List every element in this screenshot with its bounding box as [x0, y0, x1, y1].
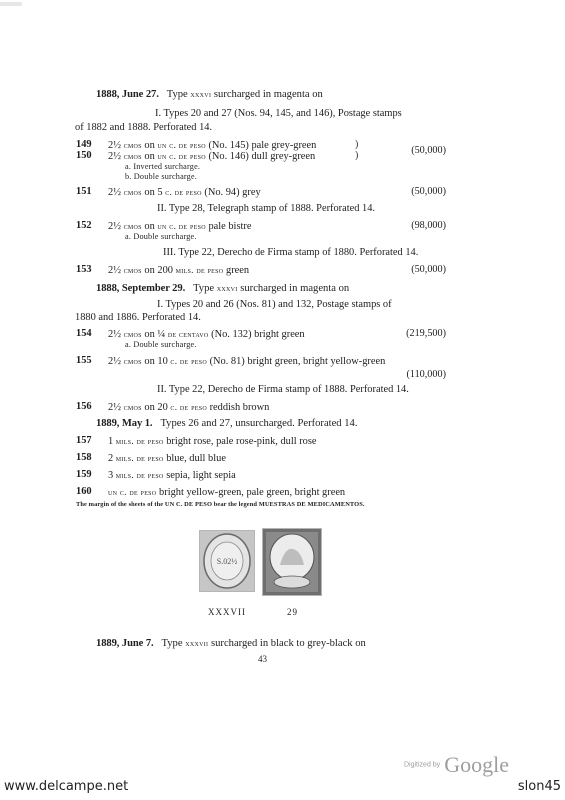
quantity: (50,000) — [376, 264, 446, 276]
entry-number: 156 — [76, 401, 92, 413]
entry-number: 150 — [76, 150, 92, 162]
entry-number: 155 — [76, 355, 92, 367]
variety: a. Double surcharge. — [125, 340, 197, 350]
stamp-image-29 — [262, 528, 322, 596]
entry-description: 2½ cmos on 20 c. de peso reddish brown — [108, 401, 269, 414]
site-watermark: www.delcampe.net — [4, 779, 128, 794]
entry-number: 152 — [76, 220, 92, 232]
subsection-title: I. Types 20 and 27 (Nos. 94, 145, and 14… — [155, 108, 402, 120]
page-number: 43 — [258, 654, 267, 664]
variety: a. Double surcharge. — [125, 232, 197, 242]
entry-description: 1 mils. de peso bright rose, pale rose-p… — [108, 435, 317, 448]
entry-number: 153 — [76, 264, 92, 276]
margin-note: The margin of the sheets of the UN C. DE… — [76, 501, 365, 508]
entry-description: un c. de peso bright yellow-green, pale … — [108, 486, 345, 499]
subsection-title-cont: 1880 and 1886. Perforated 14. — [75, 312, 201, 324]
quantity: (50,000) — [376, 145, 446, 157]
subsection-title-cont: of 1882 and 1888. Perforated 14. — [75, 122, 212, 134]
entry-description: 2 mils. de peso blue, dull blue — [108, 452, 226, 465]
entry-number: 160 — [76, 486, 92, 498]
subsection-title: III. Type 22, Derecho de Firma stamp of … — [163, 247, 418, 259]
entry-description: 2½ cmos on 10 c. de peso (No. 81) bright… — [108, 355, 385, 368]
quantity: (110,000) — [376, 369, 446, 381]
digitized-by-google-mark: Digitized by Google — [404, 752, 509, 778]
variety: b. Double surcharge. — [125, 172, 197, 182]
quantity: (219,500) — [376, 328, 446, 340]
entry-number: 154 — [76, 328, 92, 340]
svg-text:S.02½: S.02½ — [217, 557, 237, 566]
entry-number: 158 — [76, 452, 92, 464]
section-heading-1889-may: 1889, May 1. Types 26 and 27, unsurcharg… — [96, 418, 358, 430]
catalogue-page: 1888, June 27. Type xxxvi surcharged in … — [0, 0, 565, 800]
entry-number: 157 — [76, 435, 92, 447]
figure-label-xxxvii: XXXVII — [208, 607, 246, 617]
entry-number: 159 — [76, 469, 92, 481]
subsection-title: II. Type 28, Telegraph stamp of 1888. Pe… — [157, 203, 375, 215]
seated-figure-stamp-icon — [263, 529, 321, 595]
section-heading-1888-june: 1888, June 27. Type xxxvi surcharged in … — [96, 88, 323, 101]
subsection-title: I. Types 20 and 26 (Nos. 81) and 132, Po… — [157, 299, 392, 311]
section-heading-1888-september: 1888, September 29. Type xxxvi surcharge… — [96, 282, 349, 295]
entry-number: 151 — [76, 186, 92, 198]
google-logo: Google — [444, 752, 509, 777]
variety: a. Inverted surcharge. — [125, 162, 200, 172]
oval-surcharge-icon: S.02½ — [200, 531, 254, 591]
user-watermark: slon45 — [518, 779, 561, 794]
figure-label-29: 29 — [287, 607, 298, 617]
quantity: (50,000) — [376, 186, 446, 198]
heading-date: 1888, June 27. — [96, 89, 159, 100]
heading-date: 1889, June 7. — [96, 638, 154, 649]
subsection-title: II. Type 22, Derecho de Firma stamp of 1… — [157, 384, 409, 396]
heading-date: 1888, September 29. — [96, 283, 185, 294]
heading-date: 1889, May 1. — [96, 418, 152, 429]
entry-description: 2½ cmos on 200 mils. de peso green — [108, 264, 249, 277]
brace-bottom: ) — [355, 150, 358, 162]
entry-description: 2½ cmos on 5 c. de peso (No. 94) grey — [108, 186, 261, 199]
stamp-image-xxxvii: S.02½ — [199, 530, 255, 592]
section-heading-1889-june: 1889, June 7. Type xxxvii surcharged in … — [96, 637, 366, 650]
quantity: (98,000) — [376, 220, 446, 232]
entry-description: 3 mils. de peso sepia, light sepia — [108, 469, 236, 482]
